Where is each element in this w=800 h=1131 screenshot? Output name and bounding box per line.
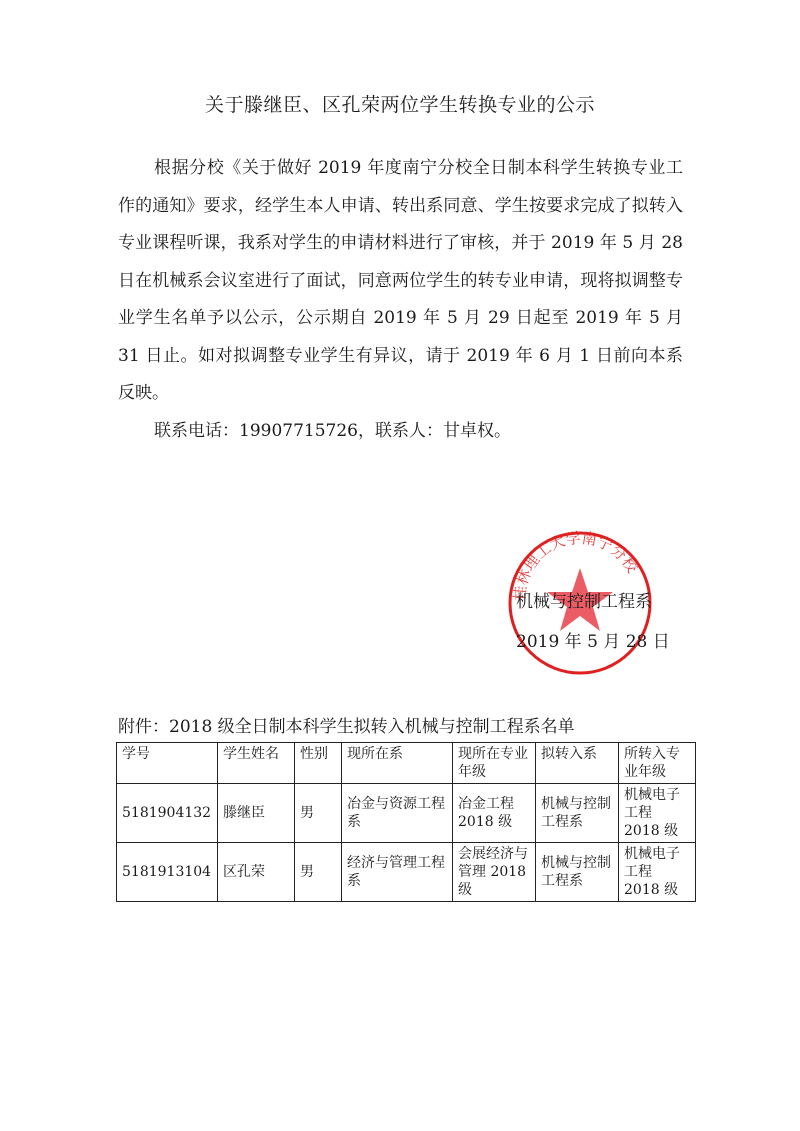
header-current-major: 现所在专业年级 [453, 743, 536, 784]
cell-target-department: 机械与控制工程系 [536, 843, 619, 902]
header-target-department: 拟转入系 [536, 743, 619, 784]
cell-current-department: 冶金与资源工程系 [342, 784, 453, 843]
cell-student-name: 滕继臣 [218, 784, 295, 843]
cell-target-department: 机械与控制工程系 [536, 784, 619, 843]
table-row: 5181904132 滕继臣 男 冶金与资源工程系 冶金工程 2018 级 机械… [117, 784, 696, 843]
header-gender: 性别 [295, 743, 342, 784]
student-list-table: 学号 学生姓名 性别 现所在系 现所在专业年级 拟转入系 所转入专业年级 518… [116, 742, 696, 902]
cell-current-department: 经济与管理工程系 [342, 843, 453, 902]
notice-paragraph: 根据分校《关于做好 2019 年度南宁分校全日制本科学生转换专业工作的通知》要求… [118, 150, 683, 413]
table-row: 5181913104 区孔荣 男 经济与管理工程系 会展经济与管理 2018 级… [117, 843, 696, 902]
header-student-name: 学生姓名 [218, 743, 295, 784]
cell-student-id: 5181904132 [117, 784, 218, 843]
attachment-title: 附件：2018 级全日制本科学生拟转入机械与控制工程系名单 [118, 712, 575, 737]
cell-current-major: 会展经济与管理 2018 级 [453, 843, 536, 902]
cell-student-name: 区孔荣 [218, 843, 295, 902]
contact-line: 联系电话：19907715726，联系人：甘卓权。 [118, 413, 683, 451]
cell-gender: 男 [295, 784, 342, 843]
cell-student-id: 5181913104 [117, 843, 218, 902]
signature-block: 机械与控制工程系 2019 年 5 月 28 日 [516, 582, 670, 662]
cell-target-major: 机械电子工程 2018 级 [619, 784, 696, 843]
signature-department: 机械与控制工程系 [516, 582, 670, 622]
cell-target-major: 机械电子工程 2018 级 [619, 843, 696, 902]
document-title: 关于滕继臣、区孔荣两位学生转换专业的公示 [0, 90, 800, 117]
signature-date: 2019 年 5 月 28 日 [516, 622, 670, 662]
cell-gender: 男 [295, 843, 342, 902]
document-body: 根据分校《关于做好 2019 年度南宁分校全日制本科学生转换专业工作的通知》要求… [118, 150, 683, 450]
header-target-major: 所转入专业年级 [619, 743, 696, 784]
table-header-row: 学号 学生姓名 性别 现所在系 现所在专业年级 拟转入系 所转入专业年级 [117, 743, 696, 784]
cell-current-major: 冶金工程 2018 级 [453, 784, 536, 843]
header-student-id: 学号 [117, 743, 218, 784]
header-current-department: 现所在系 [342, 743, 453, 784]
